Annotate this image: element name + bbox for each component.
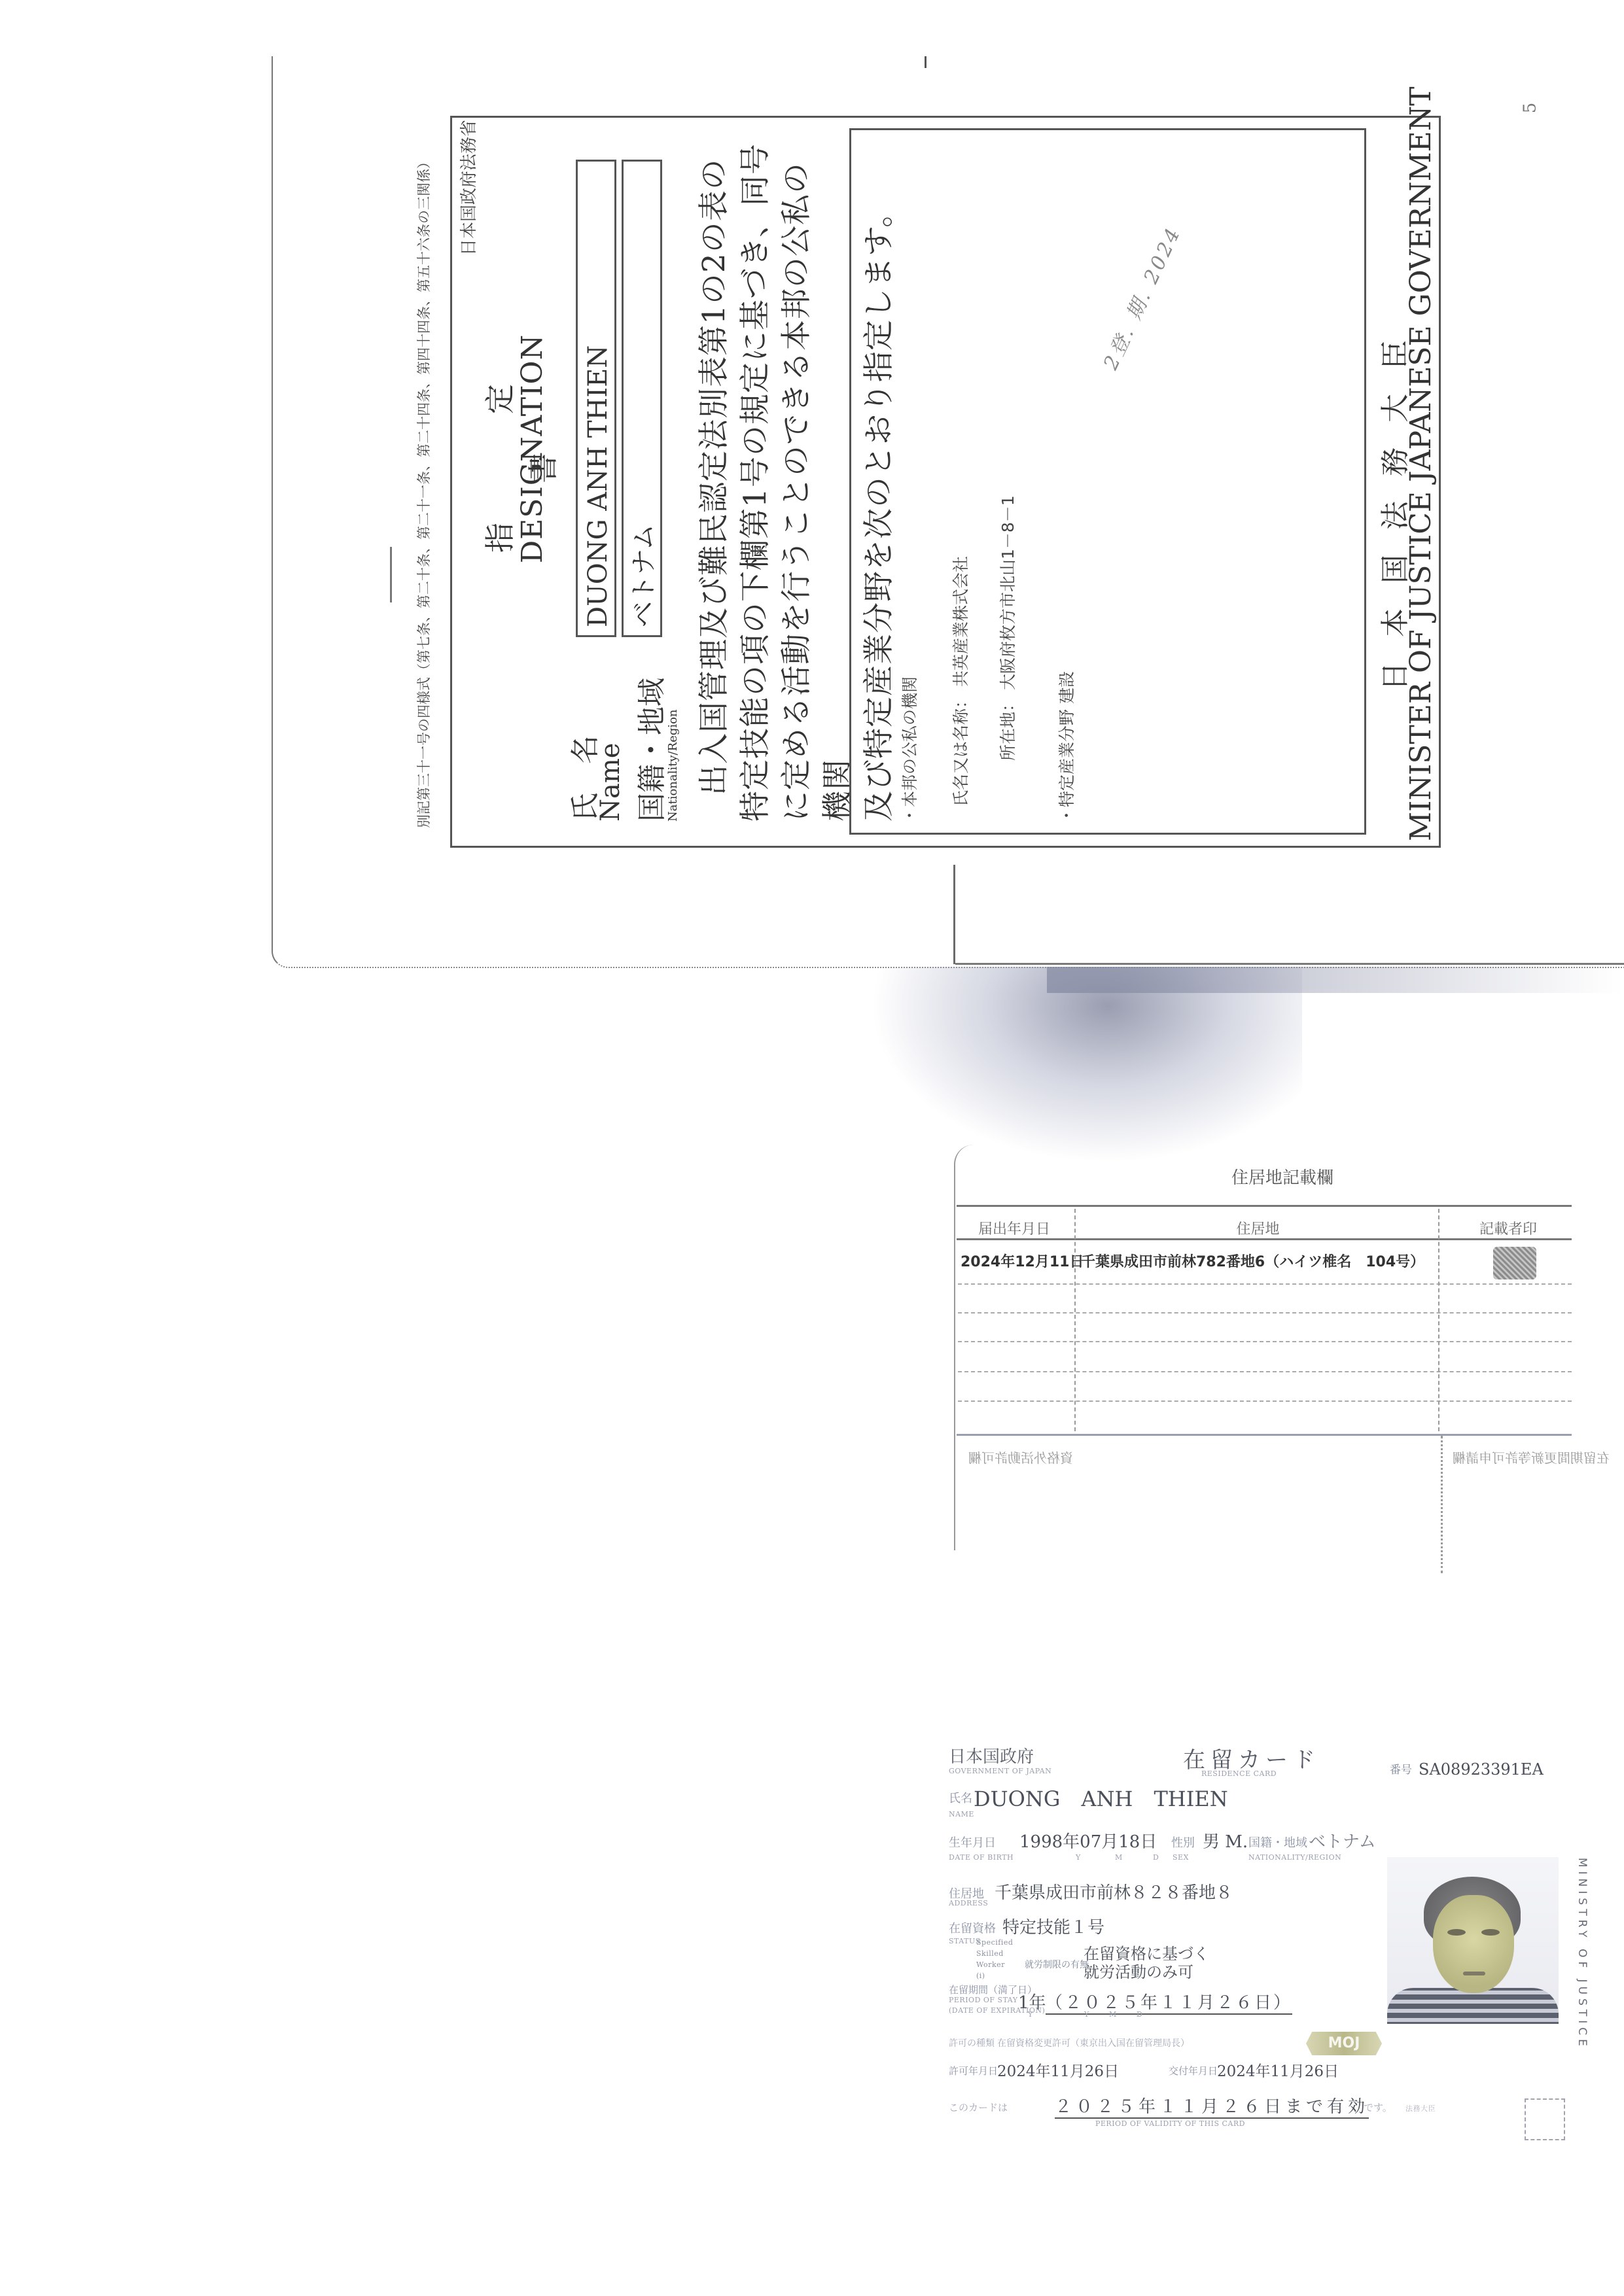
- row-address: 千葉県成田市前林782番地6（ハイツ椎名 104号）: [1081, 1251, 1424, 1271]
- scan-shadow: [1047, 967, 1623, 993]
- residence-record-title: 住居地記載欄: [955, 1164, 1610, 1189]
- name-field: DUONG ANH THIEN: [576, 160, 616, 637]
- card-issuer-en: GOVERNMENT OF JAPAN: [949, 1767, 1051, 1775]
- ymd-label: Y: [1028, 2010, 1033, 2019]
- organization-address-row: 所在地： 大阪府枚方市北山1－8－1: [995, 495, 1019, 761]
- organization-address: 大阪府枚方市北山1－8－1: [998, 495, 1017, 690]
- status-label: 在留資格: [949, 1919, 996, 1936]
- permit-date: 2024年11月26日: [997, 2059, 1119, 2081]
- industry-value: 建設: [1057, 671, 1076, 704]
- validity-suffix: です。: [1364, 2100, 1392, 2114]
- column-header-seal: 記載者印: [1443, 1218, 1574, 1238]
- row-divider: [958, 1341, 1572, 1342]
- body-line: 特定技能の項の下欄第1号の規定に基づき、同号: [735, 135, 776, 822]
- status-en-line: Specified: [976, 1937, 1013, 1948]
- ymd-label: D: [1137, 2010, 1142, 2019]
- nationality-label-en: NATIONALITY/REGION: [1248, 1853, 1341, 1862]
- scan-shadow: [870, 967, 1302, 1163]
- organization-name-label: 氏名又は名称：: [951, 692, 970, 807]
- card-name: DUONG ANH THIEN: [974, 1783, 1228, 1813]
- organization-name: 共英産業株式会社: [951, 556, 970, 687]
- issue-date-label: 交付年月日: [1169, 2064, 1218, 2078]
- address-label-en: ADDRESS: [949, 1899, 988, 1907]
- issuer-caption: 日本国政府法務省: [455, 120, 480, 256]
- form-reference: 別記第三十一号の四様式（第七条、第二十条、第二十一条、第二十四条、第四十四条、第…: [414, 122, 433, 828]
- card-status: 特定技能１号: [1002, 1914, 1104, 1938]
- page-edge: [955, 963, 1624, 965]
- card-address: 千葉県成田市前林８２８番地８: [995, 1879, 1233, 1904]
- scan-mark: [390, 547, 392, 602]
- seal-stamp-icon: [1493, 1247, 1536, 1279]
- ymd-label: M: [1109, 2010, 1117, 2019]
- row-divider: [958, 1312, 1572, 1313]
- industry-label: ・特定産業分野: [1057, 709, 1076, 824]
- page-number: 5: [1520, 103, 1540, 114]
- card-number-label: 番号: [1390, 1760, 1412, 1777]
- ymd-label: Y: [1076, 1853, 1081, 1862]
- card-issuer: 日本国政府: [949, 1743, 1034, 1767]
- ymd-label: M: [1115, 1853, 1123, 1862]
- body-line: に定める活動を行うことのできる本邦の公私の機関: [776, 135, 858, 822]
- organization-address-label: 所在地：: [998, 695, 1017, 761]
- ministry-side-text: MINISTRY OF JUSTICE: [1576, 1858, 1589, 2050]
- dob: 1998年07月18日: [1019, 1828, 1157, 1852]
- name-label: 氏名: [949, 1789, 972, 1806]
- card-title-en: RESIDENCE CARD: [1201, 1769, 1277, 1778]
- column-divider: [1441, 1436, 1443, 1573]
- nationality-label-en: Nationality/Region: [666, 709, 680, 822]
- dob-label-en: DATE OF BIRTH: [949, 1853, 1014, 1862]
- nationality: ベトナム: [1309, 1828, 1376, 1852]
- issue-date: 2024年11月26日: [1217, 2059, 1339, 2081]
- table-rule: [957, 1434, 1572, 1436]
- nationality-label: 国籍・地域: [628, 678, 670, 822]
- permit-type-label: 許可の種類: [949, 2036, 995, 2049]
- ymd-label: D: [1153, 1853, 1159, 1862]
- footer-left-label: 資格外活動許可欄: [968, 1448, 1073, 1467]
- designation-document: 別記第三十一号の四様式（第七条、第二十条、第二十一条、第二十四条、第四十四条、第…: [450, 117, 1439, 848]
- card-stamp: [1525, 2098, 1565, 2140]
- status-en-line: (i): [976, 1970, 1013, 1981]
- sex-label-en: SEX: [1173, 1853, 1189, 1862]
- work-restriction-line: 在留資格に基づく: [1084, 1945, 1209, 1963]
- footer-right-label: 在留期間更新等許可申請欄: [1453, 1448, 1610, 1467]
- name-label-en: Name: [595, 743, 626, 822]
- ymd-label: Y: [1084, 2010, 1089, 2019]
- permit-type: 在留資格変更許可（東京出入国在留管理局長）: [997, 2036, 1190, 2049]
- nationality-field: ベトナム: [622, 160, 662, 637]
- validity-prefix: このカードは: [949, 2100, 1008, 2114]
- table-rule: [957, 1238, 1572, 1240]
- sex: 男 M.: [1203, 1828, 1248, 1852]
- body-line: 出入国管理及び難民認定法別表第1の2の表の: [694, 135, 735, 822]
- date-stamp: 2登. 期. 2024: [1095, 220, 1186, 374]
- period-label-en: PERIOD OF STAY: [949, 1996, 1018, 2004]
- sex-label: 性別: [1171, 1834, 1195, 1851]
- signatory-en: MINISTER OF JUSTICE JAPANESE GOVERNMENT: [1404, 122, 1438, 841]
- work-restriction: 在留資格に基づく 就労活動のみ可: [1084, 1945, 1209, 1981]
- permit-date-label: 許可年月日: [949, 2064, 998, 2078]
- row-divider: [958, 1283, 1572, 1285]
- nationality-label: 国籍・地域: [1248, 1834, 1307, 1851]
- status-en-line: Worker: [976, 1959, 1013, 1970]
- card-number: SA08923391EA: [1419, 1760, 1544, 1779]
- work-restriction-label: 就労制限の有無: [1025, 1958, 1089, 1971]
- period-expiry: （２０２５年１１月２６日）: [1046, 1989, 1292, 2015]
- residence-record: 住居地記載欄 届出年月日 住居地 記載者印 2024年12月11日 千葉県成田市…: [954, 1145, 1624, 1550]
- organization-heading: ・本邦の公私の機関: [897, 676, 921, 824]
- residence-card: 日本国政府 GOVERNMENT OF JAPAN 在留カード RESIDENC…: [947, 1737, 1602, 2142]
- page-fold-line: [953, 865, 955, 964]
- column-divider: [1074, 1209, 1076, 1431]
- status-en-line: Skilled: [976, 1948, 1013, 1959]
- status-en: Specified Skilled Worker (i): [976, 1937, 1013, 1981]
- row-divider: [958, 1400, 1572, 1402]
- column-header-date: 届出年月日: [955, 1218, 1073, 1238]
- holder-photo: [1387, 1857, 1559, 2024]
- validity-en: PERIOD OF VALIDITY OF THIS CARD: [1095, 2119, 1245, 2128]
- scan-mark: [925, 56, 927, 68]
- row-date: 2024年12月11日: [961, 1251, 1084, 1271]
- name-label-en: NAME: [949, 1810, 974, 1818]
- moj-hologram: MOJ: [1306, 2032, 1382, 2055]
- minister-note: 法務大臣: [1405, 2103, 1436, 2113]
- document-title-en: DESIGNATION: [516, 285, 549, 612]
- column-divider: [1438, 1209, 1439, 1431]
- work-restriction-line: 就労活動のみ可: [1084, 1963, 1209, 1981]
- row-divider: [958, 1371, 1572, 1372]
- organization-box: ・本邦の公私の機関 氏名又は名称： 共英産業株式会社 所在地： 大阪府枚方市北山…: [849, 128, 1366, 835]
- organization-name-row: 氏名又は名称： 共英産業株式会社: [948, 556, 972, 807]
- industry-row: ・特定産業分野 建設: [1054, 671, 1078, 824]
- column-header-address: 住居地: [1076, 1218, 1439, 1238]
- card-validity: ２０２５年１１月２６日まで有効: [1055, 2093, 1369, 2119]
- dob-label: 生年月日: [949, 1834, 996, 1851]
- table-rule: [957, 1205, 1572, 1207]
